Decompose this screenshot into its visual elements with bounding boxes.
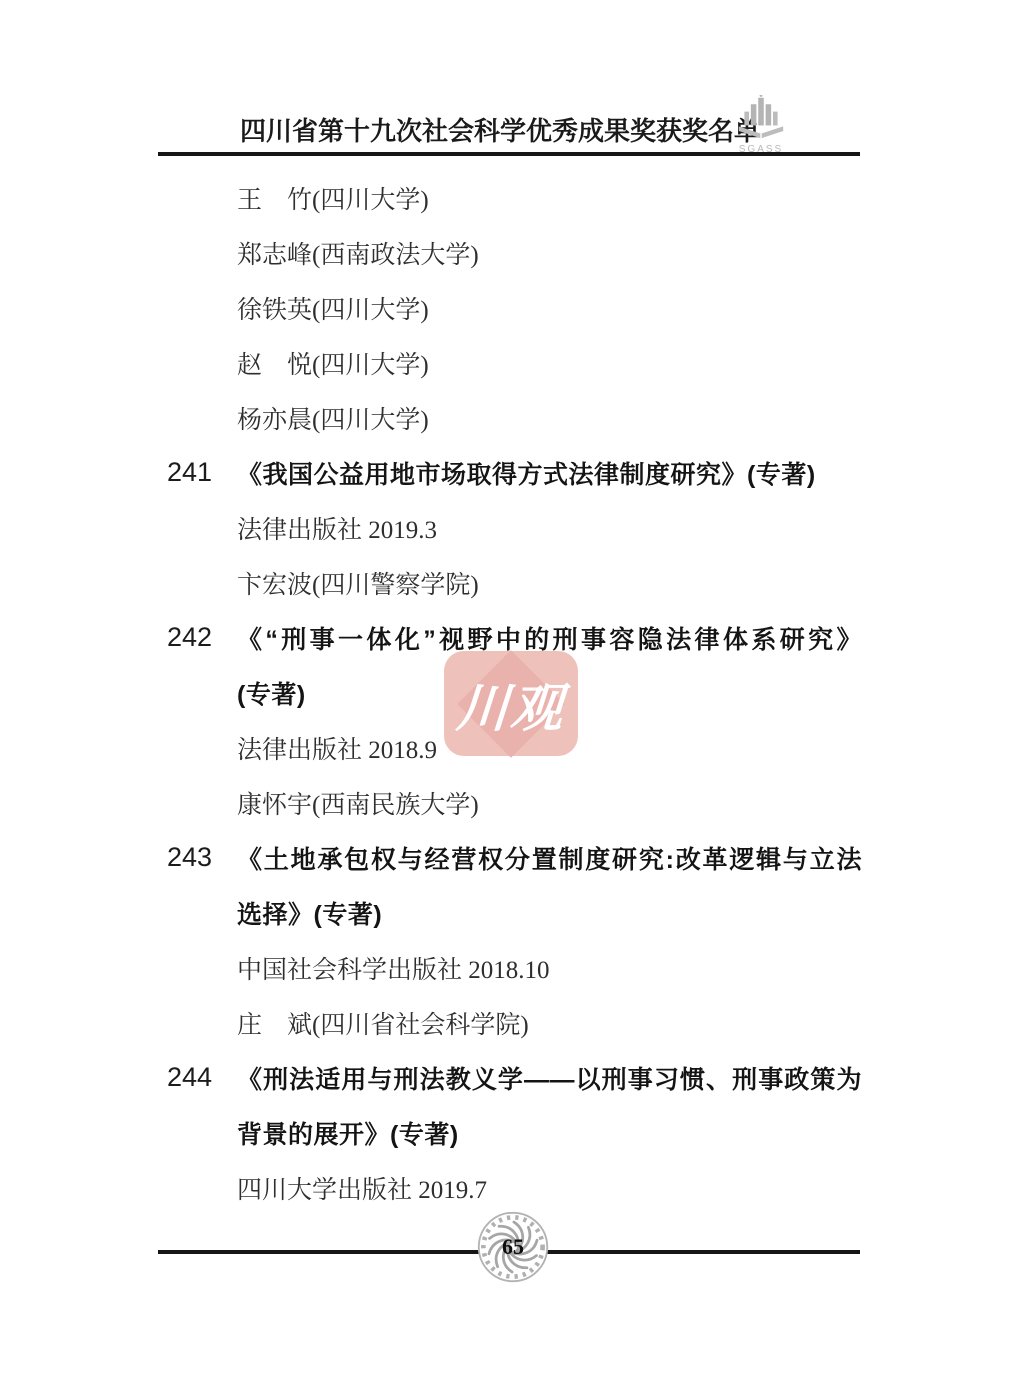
entry-continuation-line: (专著) xyxy=(0,665,1024,720)
entry-title: 《土地承包权与经营权分置制度研究:改革逻辑与立法 xyxy=(237,840,862,876)
member-line: 卞宏波(四川警察学院) xyxy=(0,555,1024,610)
publisher-line: 四川大学出版社 2019.7 xyxy=(0,1160,1024,1215)
entry-line-242: 242 《“刑事一体化”视野中的刑事容隐法律体系研究》 xyxy=(0,610,1024,665)
building-book-icon xyxy=(728,95,794,143)
entry-title: 《“刑事一体化”视野中的刑事容隐法律体系研究》 xyxy=(237,620,862,656)
member-line: 郑志峰(西南政法大学) xyxy=(0,225,1024,280)
entry-number: 243 xyxy=(167,842,212,873)
page-title: 四川省第十九次社会科学优秀成果奖获奖名单 xyxy=(240,111,760,148)
member-line: 赵 悦(四川大学) xyxy=(0,335,1024,390)
header-divider xyxy=(158,152,860,156)
publisher-line: 法律出版社 2018.9 xyxy=(0,720,1024,775)
sgass-logo: SGASS xyxy=(728,95,794,155)
entry-title: 《我国公益用地市场取得方式法律制度研究》(专著) xyxy=(237,455,862,491)
member-line: 康怀宇(西南民族大学) xyxy=(0,775,1024,830)
entry-line-244: 244 《刑法适用与刑法教义学——以刑事习惯、刑事政策为 xyxy=(0,1050,1024,1105)
publisher-line: 中国社会科学出版社 2018.10 xyxy=(0,940,1024,995)
entry-line-243: 243 《土地承包权与经营权分置制度研究:改革逻辑与立法 xyxy=(0,830,1024,885)
member-line: 徐铁英(四川大学) xyxy=(0,280,1024,335)
publisher-line: 法律出版社 2019.3 xyxy=(0,500,1024,555)
page-number: 65 xyxy=(476,1210,550,1284)
entry-line-241: 241 《我国公益用地市场取得方式法律制度研究》(专著) xyxy=(0,445,1024,500)
entry-title: 《刑法适用与刑法教义学——以刑事习惯、刑事政策为 xyxy=(237,1060,862,1096)
entry-continuation-line: 选择》(专著) xyxy=(0,885,1024,940)
entry-number: 242 xyxy=(167,622,212,653)
entry-number: 244 xyxy=(167,1062,212,1093)
member-line: 庄 斌(四川省社会科学院) xyxy=(0,995,1024,1050)
award-list: 王 竹(四川大学) 郑志峰(西南政法大学) 徐铁英(四川大学) 赵 悦(四川大学… xyxy=(0,170,1024,1215)
member-line: 杨亦晨(四川大学) xyxy=(0,390,1024,445)
document-page: { "header": { "title": "四川省第十九次社会科学优秀成果奖… xyxy=(0,0,1024,1380)
page-number-emblem: 65 xyxy=(476,1210,550,1284)
member-line: 王 竹(四川大学) xyxy=(0,170,1024,225)
entry-continuation-line: 背景的展开》(专著) xyxy=(0,1105,1024,1160)
entry-number: 241 xyxy=(167,457,212,488)
